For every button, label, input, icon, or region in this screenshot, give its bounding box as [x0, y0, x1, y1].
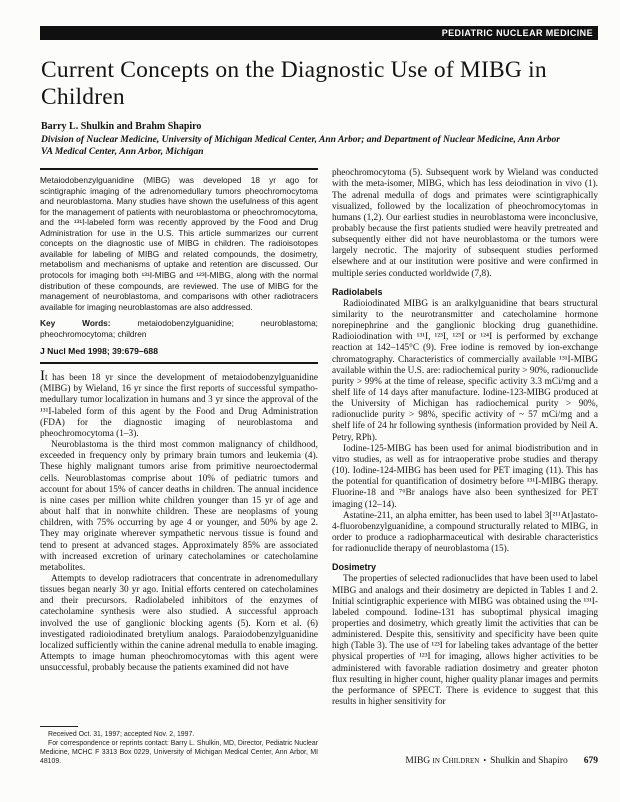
journal-banner: PEDIATRIC NUCLEAR MEDICINE	[40, 26, 598, 40]
intro-paragraph-text: t has been 18 yr since the development o…	[40, 373, 318, 439]
footer-running-title: MIBG in Children	[405, 756, 479, 766]
footer-page-number: 679	[584, 756, 598, 766]
body-paragraph-radiolabels-1: Radioiodinated MIBG is an aralkylguanidi…	[332, 299, 598, 444]
abstract-text: Metaiodobenzylguanidine (MIBG) was devel…	[40, 175, 318, 312]
abstract-top-rule	[40, 168, 318, 170]
right-column: pheochromocytoma (5). Subsequent work by…	[332, 168, 598, 768]
two-column-layout: Metaiodobenzylguanidine (MIBG) was devel…	[40, 168, 598, 768]
body-paragraph-neuroblastoma: Neuroblastoma is the third most common m…	[40, 440, 318, 574]
keywords-label: Key Words:	[40, 318, 111, 328]
journal-page: PEDIATRIC NUCLEAR MEDICINE Current Conce…	[0, 0, 620, 802]
page-title: Current Concepts on the Diagnostic Use o…	[41, 57, 586, 112]
footnote-received: Received Oct. 31, 1997; accepted Nov. 2,…	[40, 730, 318, 739]
body-paragraph-radiotracers: Attempts to develop radiotracers that co…	[40, 574, 318, 674]
body-paragraph-continuation: pheochromocytoma (5). Subsequent work by…	[332, 168, 598, 280]
citation-line: J Nucl Med 1998; 39:679–688	[40, 346, 318, 356]
footer-authors: Shulkin and Shapiro	[490, 756, 568, 766]
abstract-bottom-rule	[40, 362, 318, 364]
footnote-rule	[40, 726, 78, 727]
banner-label: PEDIATRIC NUCLEAR MEDICINE	[442, 28, 598, 38]
affiliation-line: Division of Nuclear Medicine, University…	[41, 134, 571, 159]
body-paragraph-dosimetry-1: The properties of selected radionuclides…	[332, 574, 598, 708]
section-heading-radiolabels: Radiolabels	[332, 287, 598, 297]
running-footer: MIBG in Children • Shulkin and Shapiro 6…	[332, 756, 598, 768]
body-paragraph-radiolabels-3: Astatine-211, an alpha emitter, has been…	[332, 511, 598, 556]
section-heading-dosimetry: Dosimetry	[332, 562, 598, 572]
footnote-correspondence: For correspondence or reprints contact: …	[40, 739, 318, 766]
left-column: Metaiodobenzylguanidine (MIBG) was devel…	[40, 168, 318, 768]
keywords-line: Key Words: metaiodobenzylguanidine; neur…	[40, 318, 318, 339]
authors-line: Barry L. Shulkin and Brahm Shapiro	[41, 121, 598, 132]
body-paragraph-radiolabels-2: Iodine-125-MIBG has been used for animal…	[332, 444, 598, 511]
intro-paragraph: It has been 18 yr since the development …	[40, 373, 318, 440]
footnote-block: Received Oct. 31, 1997; accepted Nov. 2,…	[40, 726, 318, 768]
footer-separator-icon: •	[483, 756, 486, 765]
